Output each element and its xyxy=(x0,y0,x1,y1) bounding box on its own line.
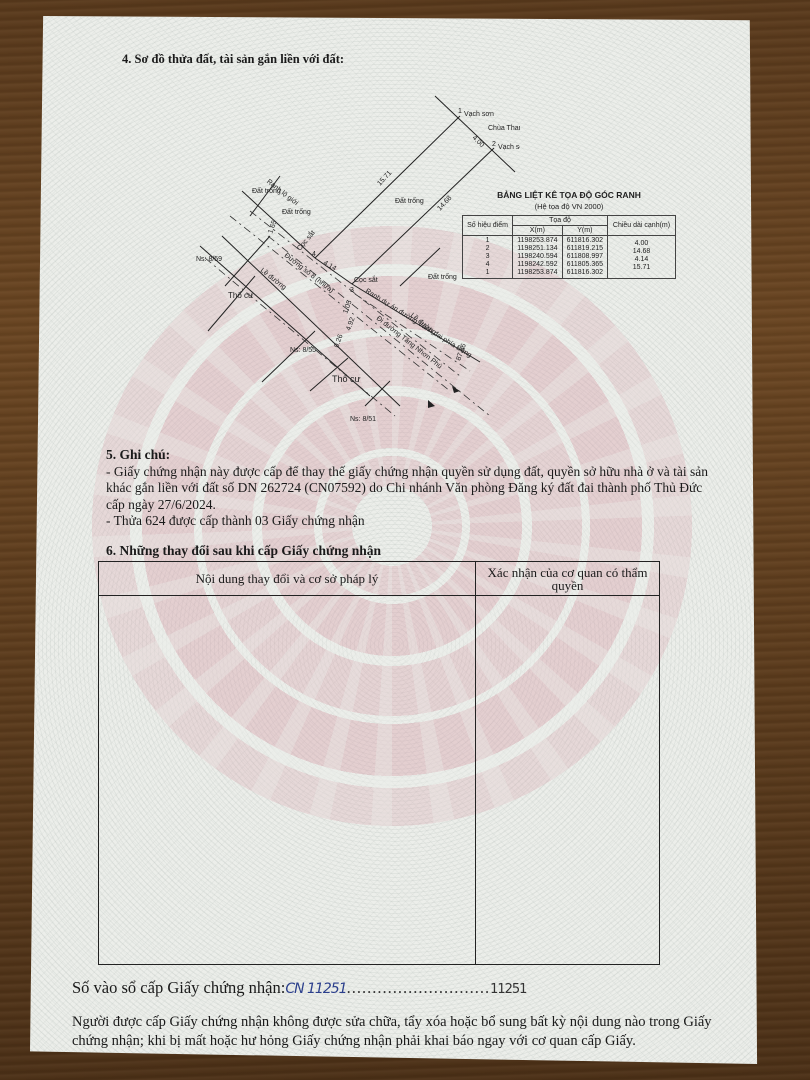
changes-table: Nội dung thay đổi và cơ sở pháp lý Xác n… xyxy=(98,561,660,965)
svg-text:Vạch sơn: Vạch sơn xyxy=(464,111,494,118)
svg-text:Ns: 8/51: Ns: 8/51 xyxy=(350,416,376,423)
header-edge-length: Chiều dài cạnh(m) xyxy=(607,216,675,236)
coordinate-table: Số hiệu điểm Tọa độ Chiều dài cạnh(m) X(… xyxy=(462,215,676,279)
svg-text:Ns: 8/55: Ns: 8/55 xyxy=(290,347,316,354)
svg-text:Chùa Thanh Long: Chùa Thanh Long xyxy=(488,125,520,132)
svg-text:14.68: 14.68 xyxy=(436,195,453,213)
coordinate-table-title: BẢNG LIỆT KÊ TỌA ĐỘ GÓC RANH xyxy=(462,190,676,200)
coordinate-table-subtitle: (Hệ tọa độ VN 2000) xyxy=(462,202,676,211)
notes-section: 5. Ghi chú: - Giấy chứng nhận này được c… xyxy=(106,447,716,530)
svg-text:Đi đường Tăng Nhơn Phú: Đi đường Tăng Nhơn Phú xyxy=(375,315,443,370)
registry-dots: ............................ xyxy=(347,978,491,997)
svg-text:4.14: 4.14 xyxy=(322,260,337,273)
registry-number-line: Số vào sổ cấp Giấy chứng nhận:CN 11251..… xyxy=(72,978,526,998)
header-change-content: Nội dung thay đổi và cơ sở pháp lý xyxy=(99,562,476,596)
svg-text:4.00: 4.00 xyxy=(471,134,486,149)
svg-text:Cọc sắt: Cọc sắt xyxy=(354,275,378,284)
svg-text:0.26: 0.26 xyxy=(333,333,344,348)
svg-text:1: 1 xyxy=(458,108,462,115)
svg-text:1.65: 1.65 xyxy=(267,219,278,234)
certificate-page: 4. Sơ đồ thửa đất, tài sản gắn liền với … xyxy=(30,16,760,1064)
svg-text:Đất trống: Đất trống xyxy=(395,196,424,205)
registry-label: Số vào sổ cấp Giấy chứng nhận: xyxy=(72,978,285,997)
section-6-title: 6. Những thay đổi sau khi cấp Giấy chứng… xyxy=(106,543,381,559)
note-line-1: - Giấy chứng nhận này được cấp để thay t… xyxy=(106,464,716,514)
svg-text:1.05: 1.05 xyxy=(342,299,353,314)
svg-text:Cọc sắt: Cọc sắt xyxy=(295,228,317,252)
section-4-title: 4. Sơ đồ thửa đất, tài sản gắn liền với … xyxy=(122,52,344,67)
section-5-title: 5. Ghi chú: xyxy=(106,447,716,464)
svg-text:3: 3 xyxy=(350,287,354,294)
svg-text:Thổ cư: Thổ cư xyxy=(332,374,361,384)
svg-text:Vạch sơn: Vạch sơn xyxy=(498,144,520,151)
svg-text:Lề đường: Lề đường xyxy=(259,265,289,291)
registry-handwritten-suffix: 11251 xyxy=(490,982,526,997)
svg-text:15.71: 15.71 xyxy=(376,170,393,188)
svg-text:Đất trống: Đất trống xyxy=(428,272,457,281)
svg-text:4: 4 xyxy=(312,251,316,258)
warning-text: Người được cấp Giấy chứng nhận không đượ… xyxy=(72,1013,742,1051)
svg-text:Ns: 8/59: Ns: 8/59 xyxy=(196,256,222,263)
registry-handwritten-value: CN 11251 xyxy=(285,981,346,997)
header-point-no: Số hiệu điểm xyxy=(463,216,513,236)
note-line-2: - Thửa 624 được cấp thành 03 Giấy chứng … xyxy=(106,513,716,530)
coordinate-table-block: BẢNG LIỆT KÊ TỌA ĐỘ GÓC RANH (Hệ tọa độ … xyxy=(462,190,676,279)
table-row: 1 2 3 4 1 1198253.874 1198251.134 119824… xyxy=(463,236,676,279)
header-y: Y(m) xyxy=(562,226,607,236)
svg-text:2: 2 xyxy=(492,141,496,148)
authority-confirmation-body xyxy=(476,596,659,964)
header-authority-confirmation: Xác nhận của cơ quan có thẩm quyền xyxy=(476,562,659,596)
header-coords: Tọa độ xyxy=(513,216,608,226)
change-content-body xyxy=(99,596,476,964)
svg-text:Đất trống: Đất trống xyxy=(282,207,311,216)
svg-text:4.92: 4.92 xyxy=(345,316,356,331)
header-x: X(m) xyxy=(513,226,563,236)
svg-text:Thổ cư: Thổ cư xyxy=(228,291,254,300)
